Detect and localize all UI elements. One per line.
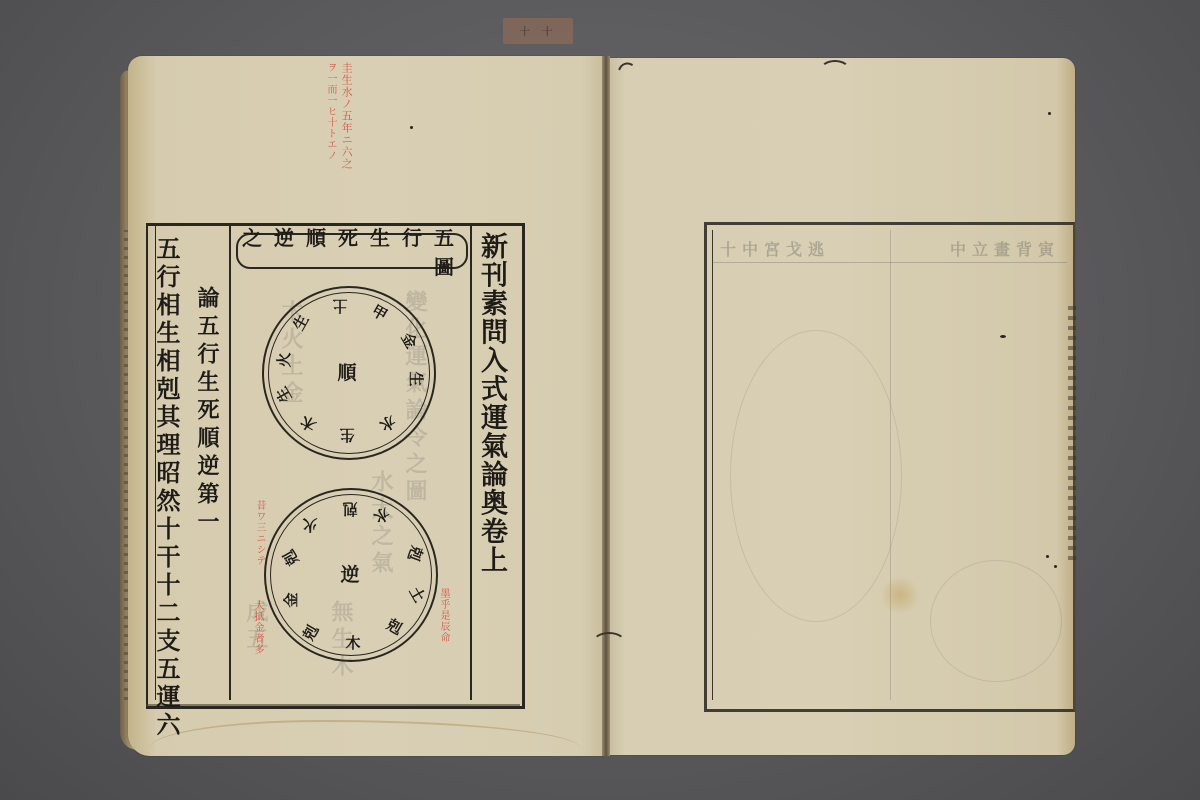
column-rule [229,226,231,700]
frame-bottom-line [146,704,520,706]
catalog-tag: 十 十 [503,18,573,44]
ring-glyph: 剋 [340,500,360,520]
show-through-circle [730,330,902,622]
body-text-column: 五行相生相剋其理昭然十干十二支五運六 [154,236,178,740]
ring-glyph: 金 [280,590,300,610]
column-rule [470,226,472,700]
binding-thread [820,60,850,80]
volume-title: 新刊素問入式運氣論奥卷上 [478,232,505,574]
red-annotation: 昔ワ三ニシテ [254,500,265,566]
speck [1054,565,1057,568]
stain [880,575,920,615]
diagram-banner: 五行生死順逆之圖 [236,233,468,269]
chapter-heading: 論五行生死順逆第一 [196,286,218,538]
frame-inner-line [712,230,713,700]
speck [1000,335,1006,338]
diagram-center-glyph: 逆 [340,563,360,583]
red-annotation: 圭生水ノ五年ニ六之 [340,62,352,170]
speck [410,126,413,129]
ghost-header-left: 十中宮戈逃 [720,237,830,259]
speck [1048,112,1051,115]
red-annotation: ヲ一而一ヒ十トエノ [325,62,336,161]
red-annotation: 墨乎是辰命 [438,588,449,643]
ring-glyph: 木 [343,632,363,652]
speck [1046,555,1049,558]
diagram-center-glyph: 順 [337,361,357,381]
red-annotation: 大抵金者多 [252,600,263,655]
show-through-circle [930,560,1062,682]
ring-glyph: 火 [300,516,320,536]
ring-glyph: 火 [273,350,293,370]
ring-glyph: 生 [407,369,427,389]
ring-glyph: 生 [337,426,357,446]
binding-thread [592,632,626,654]
ghost-header-right: 中立畫背寅 [950,237,1060,259]
ring-glyph: 土 [330,297,350,317]
show-through-header: 十中宮戈逃 中立畫背寅 [720,237,1060,259]
